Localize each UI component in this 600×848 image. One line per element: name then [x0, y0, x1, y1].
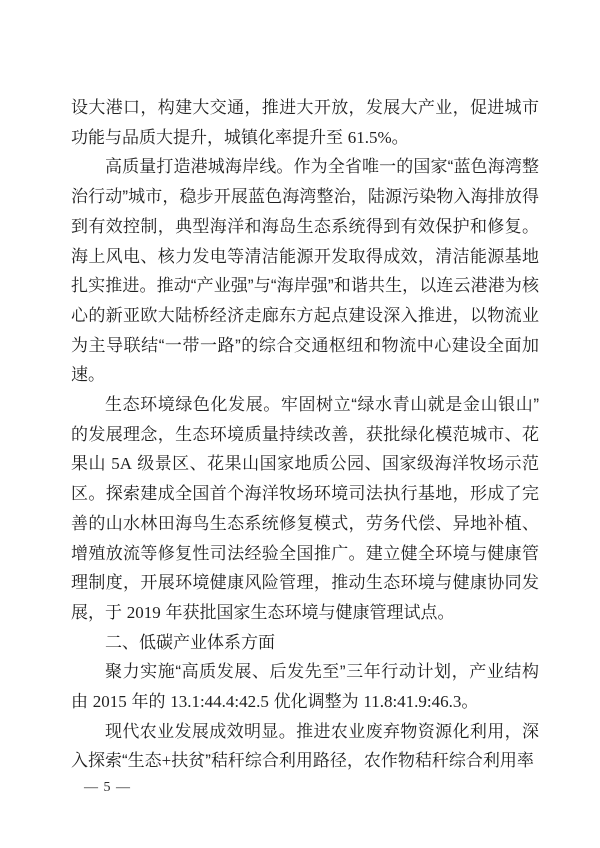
latin-text: 5A	[111, 454, 132, 473]
section-heading: 二、低碳产业体系方面	[71, 628, 539, 658]
latin-text: 2019	[127, 603, 161, 622]
latin-text: 13.1:44.4:42.5	[170, 692, 269, 711]
paragraph: 现代农业发展成效明显。推进农业废弃物资源化利用，深入探索“生态+扶贫”秸秆综合利…	[71, 717, 539, 776]
paragraph: 生态环境绿色化发展。牢固树立“绿水青山就是金山银山”的发展理念，生态环境质量持续…	[71, 390, 539, 628]
latin-text: +	[162, 751, 172, 770]
paragraph: 高质量打造港城海岸线。作为全省唯一的国家“蓝色海湾整治行动”城市，稳步开展蓝色海…	[71, 152, 539, 390]
page-number: — 5 —	[84, 780, 131, 796]
latin-text: 11.8:41.9:46.3	[363, 692, 461, 711]
latin-text: 2015	[93, 692, 127, 711]
paragraphs: 设大港口，构建大交通，推进大开放，发展大产业，促进城市功能与品质大提升，城镇化率…	[71, 93, 539, 776]
paragraph: 设大港口，构建大交通，推进大开放，发展大产业，促进城市功能与品质大提升，城镇化率…	[71, 93, 539, 152]
document-page: 设大港口，构建大交通，推进大开放，发展大产业，促进城市功能与品质大提升，城镇化率…	[0, 0, 600, 848]
latin-text: 61.5%	[348, 128, 392, 147]
paragraph: 聚力实施“高质发展、后发先至”三年行动计划，产业结构由 2015 年的 13.1…	[71, 657, 539, 716]
